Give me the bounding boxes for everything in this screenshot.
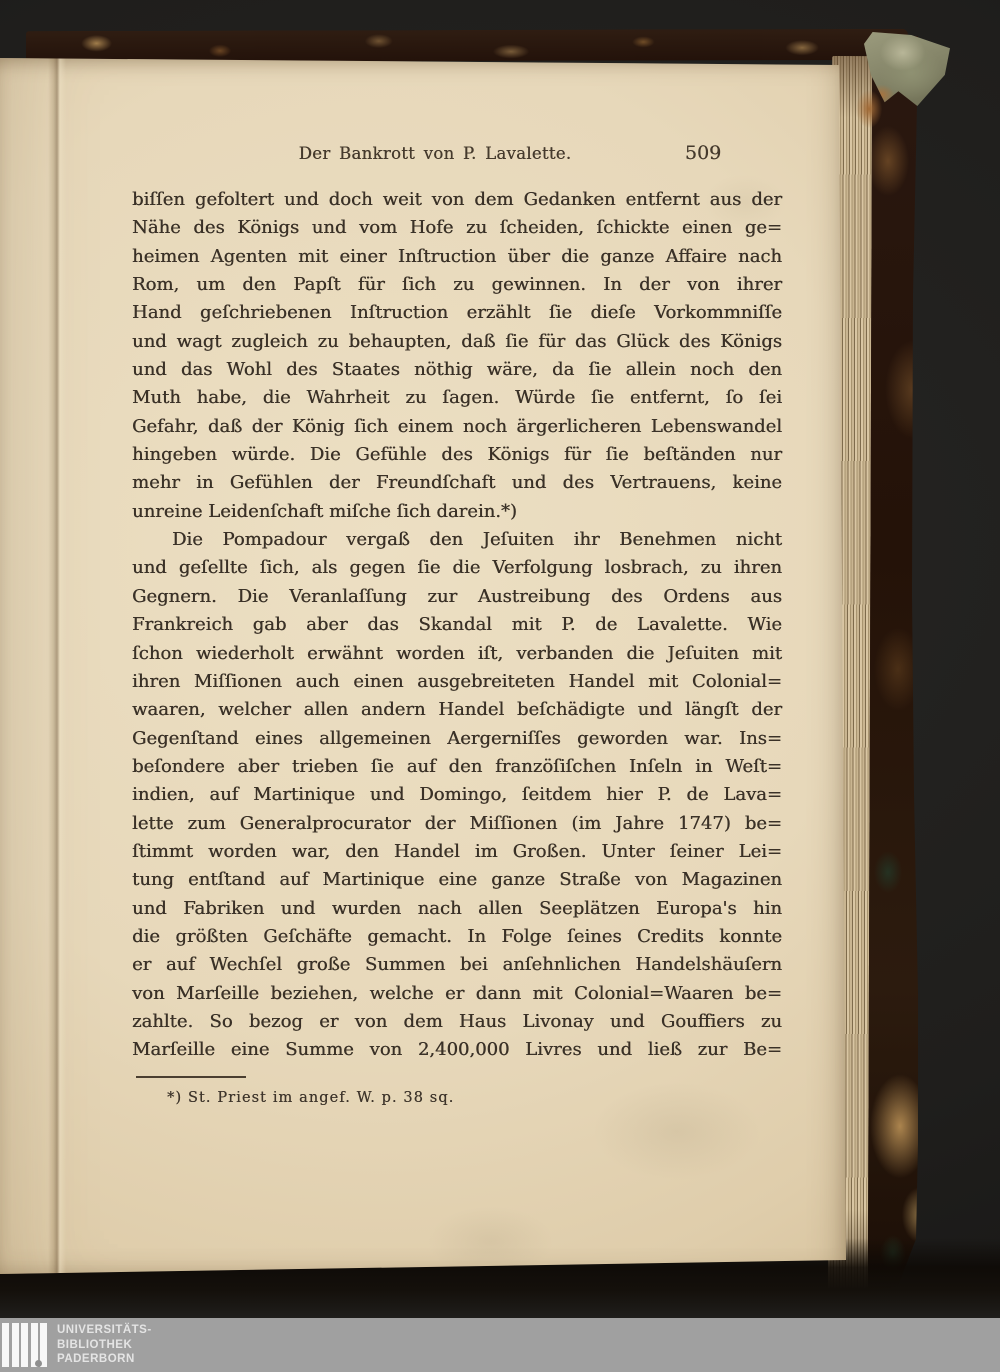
text-line: Nähe des Königs und vom Hofe zu ſcheiden… [132,214,782,242]
footnote-marker: *) [167,1090,182,1106]
book-page: Der Bankrott von P. Lavalette. 509 biſſe… [0,56,846,1278]
text-line: heimen Agenten mit einer Inſtruction übe… [132,243,782,271]
institution-line: UNIVERSITÄTS- [57,1323,152,1338]
book-cover-top-edge [26,29,908,62]
institution-line: BIBLIOTHEK [57,1338,152,1353]
page-number: 509 [668,142,738,164]
text-line: ſchon wiederholt erwähnt worden iſt, ver… [132,640,782,668]
text-line: und das Wohl des Staates nöthig wäre, da… [132,356,782,384]
worn-corner-rust-spot [856,90,882,128]
text-line: und Fabriken und wurden nach allen Seepl… [132,895,782,923]
text-line: Gegenſtand eines allgemeinen Aergerniſſe… [132,725,782,753]
text-line: waaren, welcher allen andern Handel beſc… [132,696,782,724]
library-stripes-icon [2,1323,52,1367]
text-line: zahlte. So bezog er von dem Haus Livonay… [132,1008,782,1036]
text-line: Gefahr, daß der König ſich einem noch är… [132,413,782,441]
page-gutter-crease [48,56,66,1278]
text-line: er auf Wechſel große Summen bei anſehnli… [132,951,782,979]
text-line: unreine Leidenſchaft miſche ſich darein.… [132,498,782,526]
footnote-text: St. Priest im angef. W. p. 38 sq. [188,1090,454,1106]
text-line: Hand geſchriebenen Inſtruction erzählt ſ… [132,299,782,327]
institution-line: PADERBORN [57,1352,152,1367]
text-line: Muth habe, die Wahrheit zu ſagen. Würde … [132,384,782,412]
footnote-separator [136,1076,246,1078]
logo-dot-icon [35,1360,42,1367]
footnote: *) St. Priest im angef. W. p. 38 sq. [167,1090,454,1106]
text-line: mehr in Gefühlen der Freundſchaft und de… [132,469,782,497]
text-line: beſondere aber trieben ſie auf den franz… [132,753,782,781]
text-line: indien, auf Martinique und Domingo, ſeit… [132,781,782,809]
text-line: ihren Miſſionen auch einen ausgebreitete… [132,668,782,696]
text-line: hingeben würde. Die Gefühle des Königs f… [132,441,782,469]
running-header: Der Bankrott von P. Lavalette. [110,144,760,163]
text-line: tung entſtand auf Martinique eine ganze … [132,866,782,894]
text-line: Frankreich gab aber das Skandal mit P. d… [132,611,782,639]
book-cover-right-board [858,34,958,1304]
text-line: lette zum Generalprocurator der Miſſione… [132,810,782,838]
text-line: und wagt zugleich zu behaupten, daß ſie … [132,328,782,356]
text-line: Rom, um den Papſt für ſich zu gewinnen. … [132,271,782,299]
text-line: biſſen gefoltert und doch weit von dem G… [132,186,782,214]
text-line: und geſellte ſich, als gegen ſie die Ver… [132,554,782,582]
text-line: die größten Geſchäfte gemacht. In Folge … [132,923,782,951]
text-line: von Marſeille beziehen, welche er dann m… [132,980,782,1008]
institution-name: UNIVERSITÄTS- BIBLIOTHEK PADERBORN [57,1323,152,1367]
body-text: biſſen gefoltert und doch weit von dem G… [132,186,782,1065]
text-line: Gegnern. Die Veranlaſſung zur Austreibun… [132,583,782,611]
text-line: ſtimmt worden war, den Handel im Großen.… [132,838,782,866]
library-banner: UNIVERSITÄTS- BIBLIOTHEK PADERBORN [0,1318,1000,1372]
text-line: Marſeille eine Summe von 2,400,000 Livre… [132,1036,782,1064]
text-line: Die Pompadour vergaß den Jeſuiten ihr Be… [132,526,782,554]
